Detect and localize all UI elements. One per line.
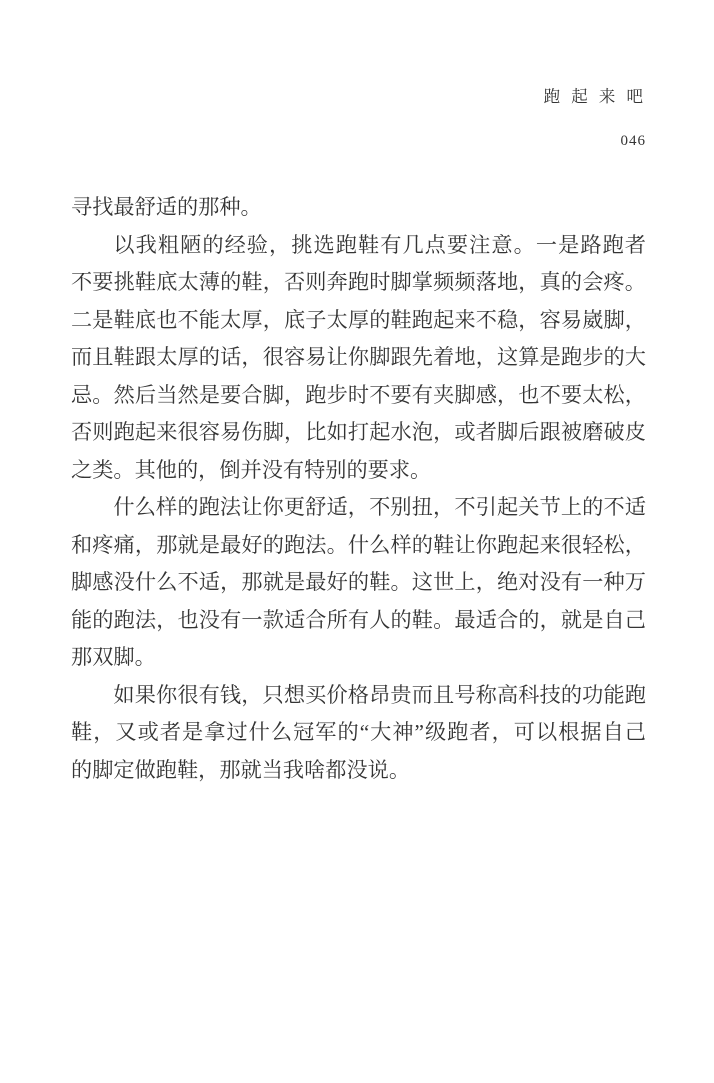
text-line: 的脚定做跑鞋，那就当我啥都没说。 [71,752,646,790]
text-line: 如果你很有钱，只想买价格昂贵而且号称高科技的功能跑 [71,677,646,715]
text-line: 之类。其他的，倒并没有特别的要求。 [71,452,646,490]
text-line: 能的跑法，也没有一款适合所有人的鞋。最适合的，就是自己 [71,602,646,640]
text-line: 否则跑起来很容易伤脚，比如打起水泡，或者脚后跟被磨破皮 [71,414,646,452]
running-title: 跑 起 来 吧 [544,83,645,107]
page-number: 046 [621,133,647,150]
text-line: 以我粗陋的经验，挑选跑鞋有几点要注意。一是路跑者 [71,227,646,265]
body-text: 寻找最舒适的那种。以我粗陋的经验，挑选跑鞋有几点要注意。一是路跑者不要挑鞋底太薄… [71,189,646,789]
text-line: 那双脚。 [71,639,646,677]
text-line: 和疼痛，那就是最好的跑法。什么样的鞋让你跑起来很轻松， [71,527,646,565]
text-line: 忌。然后当然是要合脚，跑步时不要有夹脚感，也不要太松， [71,377,646,415]
text-line: 脚感没什么不适，那就是最好的鞋。这世上，绝对没有一种万 [71,564,646,602]
text-line: 二是鞋底也不能太厚，底子太厚的鞋跑起来不稳，容易崴脚， [71,302,646,340]
text-line: 寻找最舒适的那种。 [71,189,646,227]
text-line: 不要挑鞋底太薄的鞋，否则奔跑时脚掌频频落地，真的会疼。 [71,264,646,302]
text-line: 而且鞋跟太厚的话，很容易让你脚跟先着地，这算是跑步的大 [71,339,646,377]
book-page: 跑 起 来 吧 046 寻找最舒适的那种。以我粗陋的经验，挑选跑鞋有几点要注意。… [0,0,714,1083]
text-line: 鞋，又或者是拿过什么冠军的“大神”级跑者，可以根据自己 [71,714,646,752]
text-line: 什么样的跑法让你更舒适，不别扭，不引起关节上的不适 [71,489,646,527]
